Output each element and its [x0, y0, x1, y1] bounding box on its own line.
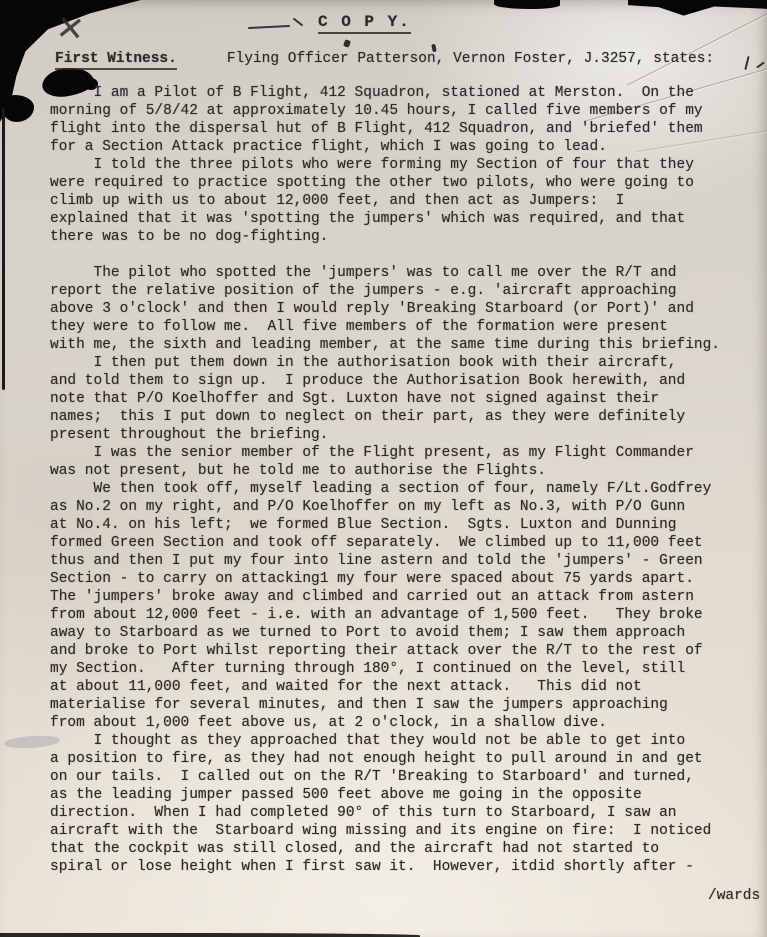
- statement-paragraph: I am a Pilot of B Flight, 412 Squadron, …: [50, 84, 756, 156]
- statement-paragraph: The pilot who spotted the 'jumpers' was …: [50, 264, 756, 354]
- witness-line: First Witness. Flying Officer Patterson,…: [55, 51, 759, 70]
- statement-paragraph: I then put them down in the authorisatio…: [50, 354, 756, 444]
- copy-heading: C O P Y.: [318, 13, 411, 34]
- torn-edge-bottom: [0, 933, 420, 937]
- left-edge-shadow-line: [2, 108, 5, 390]
- document-page: ✕ C O P Y. First Witness. Flying Officer…: [0, 0, 767, 937]
- torn-edge-top-right: [628, 0, 767, 17]
- witness-label: First Witness.: [55, 51, 177, 70]
- witness-statement-intro: Flying Officer Patterson, Vernon Foster,…: [227, 51, 714, 67]
- statement-paragraph: I thought as they approached that they w…: [50, 732, 756, 876]
- statement-paragraph: I told the three pilots who were forming…: [50, 156, 756, 246]
- handwritten-dash-mark: [248, 20, 308, 32]
- statement-paragraph: We then took off, myself leading a secti…: [50, 480, 756, 732]
- statement-paragraph: I was the senior member of the Flight pr…: [50, 444, 756, 480]
- torn-edge-blob-left: [2, 95, 34, 122]
- handwritten-x-mark: ✕: [54, 11, 86, 48]
- statement-body: I am a Pilot of B Flight, 412 Squadron, …: [50, 84, 756, 876]
- torn-edge-top-center: [494, 0, 560, 9]
- continuation-mark: /wards: [708, 888, 760, 904]
- ink-speck: [343, 39, 351, 48]
